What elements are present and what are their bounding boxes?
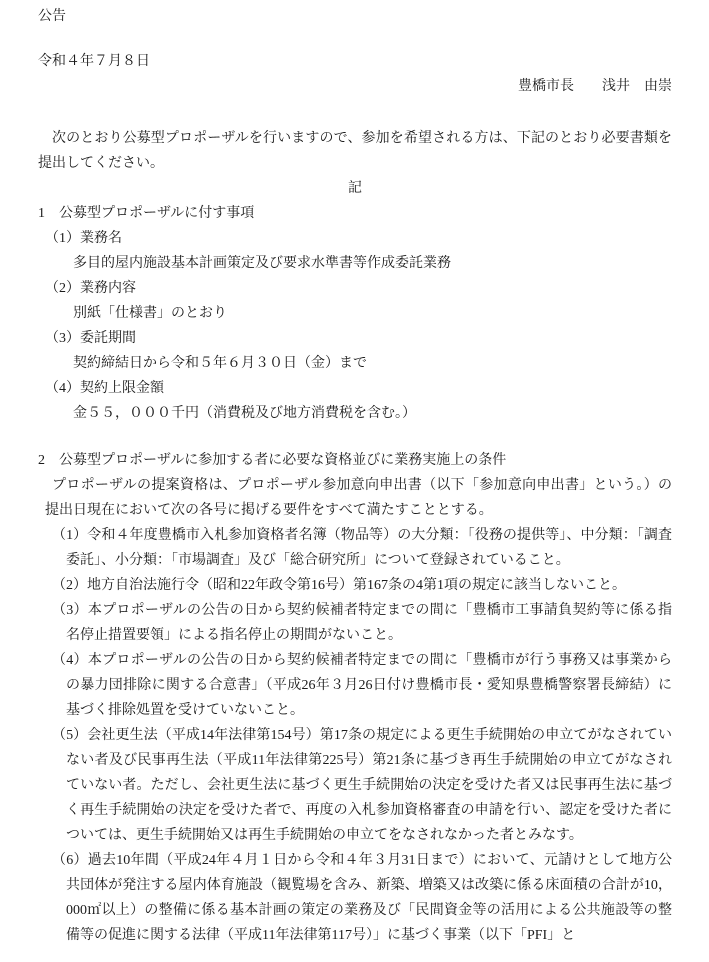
s1-item-1-label: （1）業務名 [38, 226, 672, 251]
record-marker: 記 [38, 176, 672, 201]
s1-item-3-label: （3）委託期間 [38, 326, 672, 351]
s1-item-2-label: （2）業務内容 [38, 276, 672, 301]
section2-heading: 2 公募型プロポーザルに参加する者に必要な資格並びに業務実施上の条件 [38, 448, 672, 473]
s2-item-1: （1）令和４年度豊橋市入札参加資格者名簿（物品等）の大分類：「役務の提供等」、中… [38, 523, 672, 573]
s2-item-2: （2）地方自治法施行令（昭和22年政令第16号）第167条の4第1項の規定に該当… [38, 573, 672, 598]
document-page: 公告 令和４年７月８日 豊橋市長 浅井 由崇 次のとおり公募型プロポーザルを行い… [0, 0, 709, 962]
s1-item-1: （1）業務名 多目的屋内施設基本計画策定及び要求水準書等作成委託業務 [38, 226, 672, 276]
s1-item-2: （2）業務内容 別紙「仕様書」のとおり [38, 276, 672, 326]
doc-signer: 豊橋市長 浅井 由崇 [38, 74, 672, 99]
s1-item-1-body: 多目的屋内施設基本計画策定及び要求水準書等作成委託業務 [38, 251, 672, 276]
s1-item-3: （3）委託期間 契約締結日から令和５年６月３０日（金）まで [38, 326, 672, 376]
s1-item-4-label: （4）契約上限金額 [38, 376, 672, 401]
section2-lead-paragraph: プロポーザルの提案資格は、プロポーザル参加意向申出書（以下「参加意向申出書」とい… [38, 473, 672, 523]
section1-heading: 1 公募型プロポーザルに付す事項 [38, 201, 672, 226]
s2-item-3: （3）本プロポーザルの公告の日から契約候補者特定までの間に「豊橋市工事請負契約等… [38, 598, 672, 648]
s1-item-2-body: 別紙「仕様書」のとおり [38, 301, 672, 326]
doc-date: 令和４年７月８日 [38, 49, 672, 74]
s2-item-6: （6）過去10年間（平成24年４月１日から令和４年３月31日まで）において、元請… [38, 848, 672, 948]
s1-item-3-body: 契約締結日から令和５年６月３０日（金）まで [38, 351, 672, 376]
s1-item-4: （4）契約上限金額 金５５，０００千円（消費税及び地方消費税を含む。） [38, 376, 672, 426]
s1-item-4-body: 金５５，０００千円（消費税及び地方消費税を含む。） [38, 401, 672, 426]
doc-title: 公告 [38, 4, 672, 29]
s2-item-5: （5）会社更生法（平成14年法律第154号）第17条の規定による更生手続開始の申… [38, 723, 672, 848]
intro-paragraph: 次のとおり公募型プロポーザルを行いますので、参加を希望される方は、下記のとおり必… [38, 126, 672, 176]
section-1: 1 公募型プロポーザルに付す事項 （1）業務名 多目的屋内施設基本計画策定及び要… [38, 201, 672, 426]
s2-item-4: （4）本プロポーザルの公告の日から契約候補者特定までの間に「豊橋市が行う事務又は… [38, 648, 672, 723]
section-2: 2 公募型プロポーザルに参加する者に必要な資格並びに業務実施上の条件 プロポーザ… [38, 448, 672, 948]
